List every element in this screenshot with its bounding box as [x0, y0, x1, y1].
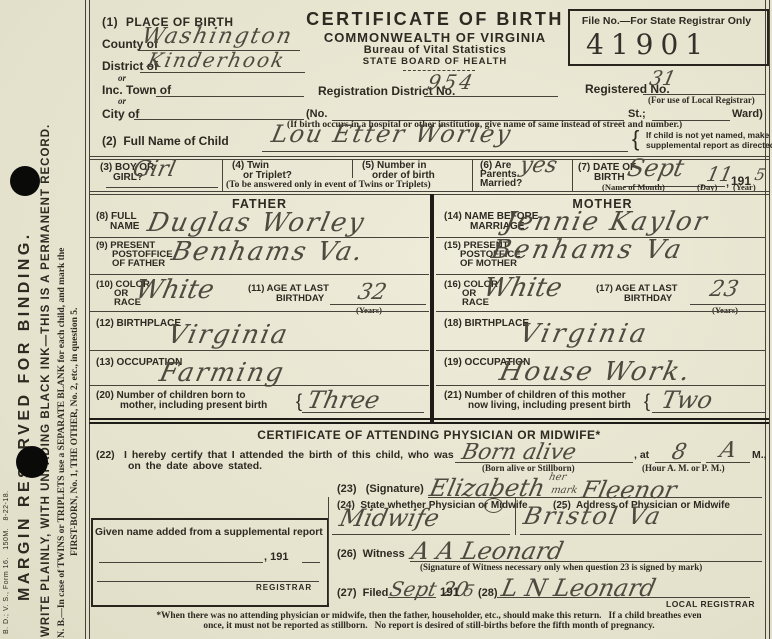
file-number-value: 41901 — [586, 31, 710, 59]
commonwealth-subtitle: COMMONWEALTH OF VIRGINIA — [300, 31, 570, 44]
margin-nb-note-line2: FIRST-BORN, No. 1, THE OTHER, No. 2, etc… — [71, 308, 81, 556]
mother-birthplace-rule — [436, 350, 765, 351]
child-note-line1: If child is not yet named, make — [646, 131, 769, 140]
date-comma-2: , — [726, 178, 729, 189]
ampm-value: A — [718, 440, 739, 462]
or-circle-annotation — [484, 498, 503, 513]
or-label-1: or — [118, 74, 126, 83]
footnote-line2: once, it must not be reported as stillbo… — [89, 622, 769, 631]
sex-value-handwritten: Girl — [131, 159, 178, 181]
mother-postoffice-rule — [436, 274, 765, 275]
at-label: , at — [634, 450, 649, 461]
certify-statement-line2: on the date above stated. — [128, 461, 262, 472]
margin-nb-note-line1: N. B.—In case of TWINS or TRIPLETS use a… — [58, 248, 68, 638]
form-border-left-outer — [85, 0, 86, 639]
registration-district-rule — [424, 96, 558, 97]
father-postoffice-label-line3: OF FATHER — [112, 259, 165, 269]
children-living-rule — [652, 412, 765, 413]
father-name-label-line2: NAME — [110, 222, 139, 232]
signature-mark-bottom: mark — [550, 486, 578, 496]
ward-label: Ward) — [732, 109, 763, 120]
children-born-rule — [302, 412, 424, 413]
father-color-value: White — [133, 277, 216, 303]
certificate-title: CERTIFICATE OF BIRTH — [300, 10, 570, 28]
bureau-subtitle: Bureau of Vital Statistics — [300, 45, 570, 56]
twins-answer-note: (To be answered only in event of Twins o… — [226, 181, 431, 191]
father-name-value: Duglas Worley — [145, 210, 368, 236]
meridiem-label: M., — [752, 450, 767, 461]
divider-q3-q4 — [222, 159, 223, 191]
physician-address-value: Bristol Va — [521, 504, 664, 528]
local-registrar-use-note: (For use of Local Registrar) — [648, 96, 755, 105]
hour-value: 8 — [670, 442, 689, 464]
mother-occupation-rule — [436, 385, 765, 386]
form-border-left-inner — [89, 0, 90, 639]
section-rule-2b — [89, 194, 769, 195]
registered-no-value: 31 — [648, 68, 678, 88]
supplemental-date-rule — [99, 562, 263, 563]
local-registrar-number-label: (28) — [478, 588, 498, 599]
form-border-right-outer — [769, 0, 770, 639]
or-label-2: or — [118, 97, 126, 106]
filed-date-rule — [388, 597, 436, 598]
mother-age-label-line2: BIRTHDAY — [624, 294, 672, 304]
witness-value: A A Leonard — [409, 539, 565, 563]
father-birthplace-value: Virginia — [165, 322, 291, 348]
street-no-label: (No. — [306, 109, 327, 120]
mother-color-value: White — [481, 275, 564, 301]
full-name-label: (2) Full Name of Child — [102, 135, 229, 147]
supplemental-year-label: , 191 — [264, 552, 288, 563]
state-board-subtitle: STATE BOARD OF HEALTH — [300, 57, 570, 67]
children-living-brace: { — [644, 392, 650, 410]
witness-label: (26) Witness — [337, 549, 405, 560]
physician-address-rule — [520, 534, 762, 535]
children-born-brace: { — [296, 392, 302, 410]
local-registrar-caption: LOCAL REGISTRAR — [666, 600, 755, 609]
children-living-label-line2: now living, including present birth — [468, 401, 631, 411]
inc-town-rule — [156, 96, 304, 97]
child-note-line2: supplemental report as directed — [646, 141, 772, 150]
signature-rule — [428, 497, 762, 498]
birth-certificate-document: B. D.; V. S., Form 16. 150M. 8-22-18. MA… — [0, 0, 772, 639]
divider-q4-q5 — [352, 159, 353, 178]
punch-hole-top — [10, 166, 40, 196]
mother-postoffice-value: Benhams Va — [489, 237, 686, 263]
children-born-value: Three — [305, 388, 381, 412]
birth-month-value: Sept — [625, 156, 686, 180]
county-value-handwritten: Washington — [140, 26, 296, 48]
filed-year-printed: 191 — [440, 588, 459, 600]
father-age-value: 32 — [356, 282, 389, 304]
district-rule — [140, 72, 305, 73]
father-birthplace-label: (12) BIRTHPLACE — [96, 319, 181, 329]
street-label: St.; — [628, 109, 646, 120]
midwife-rule — [332, 534, 510, 535]
father-age-label-line2: BIRTHDAY — [276, 294, 324, 304]
mother-occupation-value: House Work. — [497, 359, 694, 385]
supplemental-signature-rule — [97, 581, 319, 582]
signature-label: (23) (Signature) — [337, 484, 424, 495]
father-color-row-rule — [89, 311, 429, 312]
section-heavy-rule-a — [89, 418, 769, 420]
signature-last-name: Fleenor — [579, 478, 678, 502]
father-occupation-value: Farming — [157, 360, 287, 386]
parents-married-value: yes — [518, 155, 559, 177]
supplemental-report-text: Given name added from a supplemental rep… — [95, 528, 321, 538]
child-name-rule — [262, 151, 628, 152]
file-number-label: File No.—For State Registrar Only — [570, 16, 763, 27]
sex-rule — [106, 187, 218, 188]
parents-married-label-line3: Married? — [480, 179, 522, 189]
footnote-line1: *When there was no attending physician o… — [89, 612, 769, 621]
inc-town-label: Inc. Town of — [102, 84, 171, 96]
born-alive-value: Born alive — [460, 442, 578, 464]
section-rule-2a — [89, 191, 769, 192]
divider-q6-q7 — [572, 159, 573, 191]
physician-section-header: CERTIFICATE OF ATTENDING PHYSICIAN OR MI… — [89, 429, 769, 441]
mother-birthplace-value: Virginia — [517, 321, 651, 347]
filed-year-digit: 5 — [462, 583, 476, 599]
certify-statement: I hereby certify that I attended the bir… — [124, 450, 454, 461]
margin-form-code: B. D.; V. S., Form 16. 150M. 8-22-18. — [3, 490, 10, 634]
mother-maiden-name-value: Jennie Kaylor — [502, 209, 711, 235]
father-mother-divider — [430, 194, 434, 423]
divider-q5-q6 — [472, 159, 473, 191]
mother-color-row-rule — [436, 311, 765, 312]
certify-number: (22) — [96, 450, 115, 461]
mother-age-value: 23 — [708, 279, 741, 301]
divider-q24-q25 — [515, 497, 516, 535]
father-postoffice-value: Benhams Va. — [169, 239, 366, 265]
supplemental-year-rule — [302, 562, 320, 563]
registrar-caption: REGISTRAR — [256, 584, 312, 592]
section-heavy-rule-b — [89, 422, 769, 424]
hour-note: (Hour A. M. or P. M.) — [642, 464, 725, 473]
margin-write-plainly-note: WRITE PLAINLY, WITH UNFADING BLACK INK—T… — [41, 124, 53, 637]
children-living-value: Two — [659, 388, 714, 412]
signature-mark-top: her — [548, 473, 567, 483]
form-border-right-inner — [765, 0, 766, 639]
child-note-brace: { — [632, 128, 639, 150]
midwife-value: Midwife — [337, 506, 441, 530]
divider-suppbox-column — [328, 497, 329, 603]
mother-birthplace-label: (18) BIRTHPLACE — [444, 319, 529, 329]
child-name-value: Lou Etter Worley — [269, 122, 514, 146]
district-value-handwritten: Kinderhook — [146, 50, 288, 70]
registration-district-value: 954 — [426, 72, 477, 92]
margin-binding-note: MARGIN RESERVED FOR BINDING. — [17, 231, 33, 601]
punch-hole-bottom — [16, 446, 48, 478]
local-registrar-rule — [497, 597, 750, 598]
father-birthplace-rule — [89, 350, 429, 351]
witness-note: (Signature of Witness necessary only whe… — [420, 563, 702, 572]
filed-label: (27) Filed — [337, 588, 388, 599]
children-born-label-line2: mother, including present birth — [120, 401, 267, 411]
